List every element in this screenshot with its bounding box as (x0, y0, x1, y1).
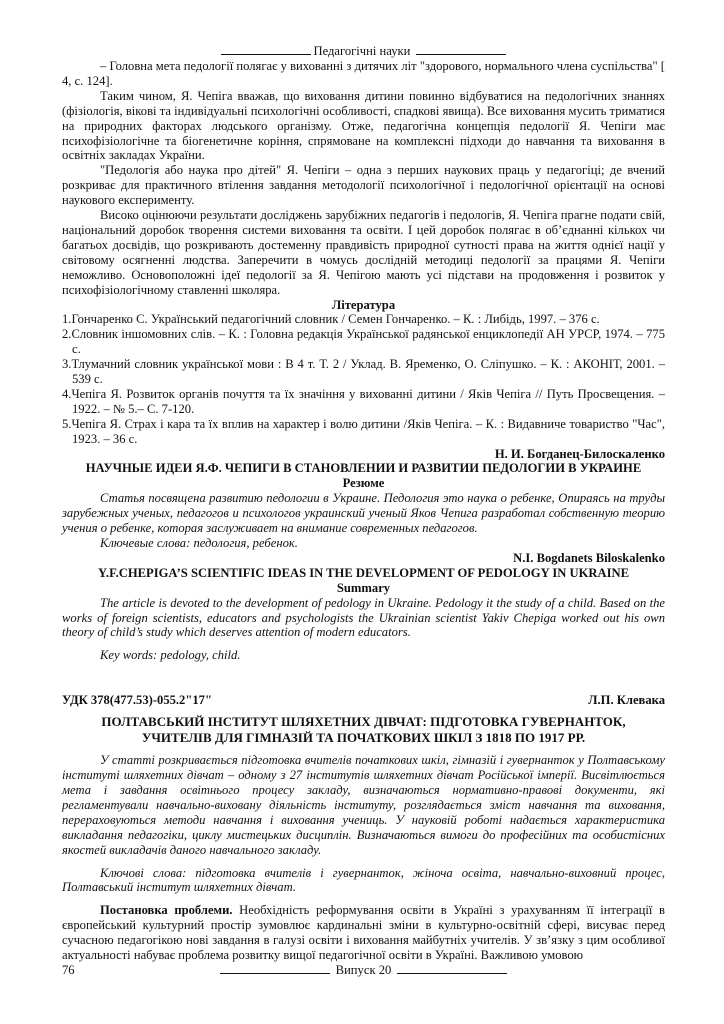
header-rule-right (416, 53, 506, 55)
en-summary-text: The article is devoted to the developmen… (62, 596, 665, 641)
ru-summary-title: НАУЧНЫЕ ИДЕИ Я.Ф. ЧЕПИГИ В СТАНОВЛЕНИИ И… (62, 461, 665, 476)
page-number: 76 (62, 963, 75, 978)
page-body: – Головна мета педології полягає у вихов… (62, 59, 665, 963)
article-author: Л.П. Клевака (588, 693, 665, 708)
paragraph: Високо оцінюючи результати досліджень за… (62, 208, 665, 297)
en-summary-author: N.I. Bogdanets Biloskalenko (62, 551, 665, 566)
footer-rule-right (397, 972, 507, 974)
problem-statement: Постановка проблеми. Необхідність реформ… (62, 903, 665, 963)
ru-summary-keywords: Ключевые слова: педология, ребенок. (62, 536, 665, 551)
article-title-line: ПОЛТАВСЬКИЙ ІНСТИТУТ ШЛЯХЕТНИХ ДІВЧАТ: П… (62, 714, 665, 730)
reference-item: 4.Чепіга Я. Розвиток органів почуття та … (62, 387, 665, 417)
references-heading: Література (62, 298, 665, 313)
reference-item: 3.Тлумачний словник української мови : В… (62, 357, 665, 387)
reference-item: 2.Словник іншомовних слів. – К. : Головн… (62, 327, 665, 357)
paragraph: – Головна мета педології полягає у вихов… (62, 59, 665, 89)
ru-summary-heading: Резюме (62, 476, 665, 491)
reference-item: 5.Чепіга Я. Страх і кара та їх вплив на … (62, 417, 665, 447)
paragraph: "Педологія або наука про дітей" Я. Чепіг… (62, 163, 665, 208)
ru-summary-author: Н. И. Богданец-Билоскаленко (62, 447, 665, 462)
article-meta-row: УДК 378(477.53)-055.2"17" Л.П. Клевака (62, 693, 665, 708)
article-title-line: УЧИТЕЛІВ ДЛЯ ГІМНАЗІЙ ТА ПОЧАТКОВИХ ШКІЛ… (62, 730, 665, 746)
problem-label: Постановка проблеми. (100, 903, 233, 917)
article-abstract: У статті розкривається підготовка вчител… (62, 753, 665, 857)
article-title: ПОЛТАВСЬКИЙ ІНСТИТУТ ШЛЯХЕТНИХ ДІВЧАТ: П… (62, 714, 665, 745)
en-summary-heading: Summary (62, 581, 665, 596)
paragraph: Таким чином, Я. Чепіга вважав, що вихова… (62, 89, 665, 164)
reference-item: 1.Гончаренко С. Український педагогічний… (62, 312, 665, 327)
references-list: 1.Гончаренко С. Український педагогічний… (62, 312, 665, 446)
header-rule-left (221, 53, 311, 55)
udk-code: УДК 378(477.53)-055.2"17" (62, 693, 212, 708)
ru-summary-text: Статья посвящена развитию педологии в Ук… (62, 491, 665, 536)
page-footer: 76 Випуск 20 (62, 963, 665, 978)
article-keywords: Ключові слова: підготовка вчителів і гув… (62, 866, 665, 896)
running-title: Педагогічні науки (313, 44, 410, 58)
en-summary-title: Y.F.CHEPIGA’S SCIENTIFIC IDEAS IN THE DE… (62, 566, 665, 581)
footer-rule-left (220, 972, 330, 974)
en-summary-keywords: Key words: pedology, child. (62, 648, 665, 663)
running-header: Педагогічні науки (62, 44, 665, 59)
issue-label: Випуск 20 (336, 963, 392, 977)
